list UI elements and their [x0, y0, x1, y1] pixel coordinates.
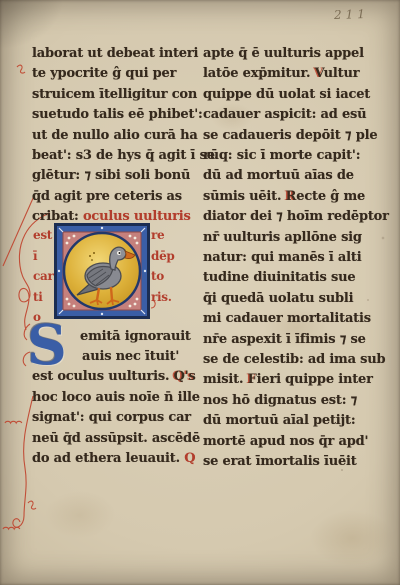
- body-text: se cadaueris depōit ⁊ ple: [203, 128, 377, 143]
- text-line: hoc loco auis noīe n̄ ille: [32, 389, 200, 407]
- text-line: q̄d agit pre ceteris as: [32, 188, 182, 206]
- folio-number: 211: [334, 6, 394, 22]
- text-line: emitā ignorauit: [80, 328, 191, 346]
- text-line: dū mortuū aīal petijt:: [203, 412, 355, 430]
- text-line: signat': qui corpus car: [32, 409, 191, 427]
- body-text: dū ad mortuū aīas de: [203, 168, 354, 183]
- body-text: nos hō dignatus est: ⁊: [203, 393, 357, 408]
- text-line: struicem ītelligitur con: [32, 86, 197, 104]
- text-line: suetudo talis eē phibet':: [32, 106, 203, 124]
- body-text: hoc loco auis noīe n̄ ille: [32, 390, 200, 405]
- body-text: apte q̄ ē uulturis appel: [203, 46, 364, 61]
- manuscript-page: 211 laborat ut debeat interite ypocrite …: [0, 0, 400, 585]
- body-text: q̄i quedā uolatu subli: [203, 291, 353, 306]
- text-line: latōe exp̄mitur. Vultur: [203, 65, 359, 83]
- body-text: signat': qui corpus car: [32, 410, 191, 425]
- body-text: natur: qui manēs ī alti: [203, 250, 361, 265]
- body-text: glētur: ⁊ sibi soli bonū: [32, 168, 190, 183]
- text-line: tudine diuinitatis sue: [203, 269, 355, 287]
- text-line: ut de nullo alio curā ha: [32, 127, 198, 145]
- text-line: sūmis uēit. Recte ĝ me: [203, 188, 365, 206]
- text-line: nr̄e aspexit ī īfimis ⁊ se: [203, 331, 366, 349]
- body-text: R: [286, 189, 297, 204]
- text-line: quippe dū uolat si iacet: [203, 86, 370, 104]
- initial-s: S: [27, 316, 73, 376]
- text-line: natur: qui manēs ī alti: [203, 249, 361, 267]
- text-line: nr̄ uulturis apllōne sig: [203, 229, 362, 247]
- body-text: mortē apud nos q̄r apd': [203, 434, 368, 449]
- rubric-text: Q: [184, 451, 195, 466]
- body-text: neū q̄d assūpsit. ascēdē: [32, 431, 200, 446]
- body-text: suetudo talis eē phibet':: [32, 107, 203, 122]
- text-line: nos hō dignatus est: ⁊: [203, 392, 357, 410]
- body-text: F: [248, 372, 257, 387]
- text-line: auis nec ītuit': [82, 348, 179, 366]
- text-line: glētur: ⁊ sibi soli bonū: [32, 167, 190, 185]
- body-text: ecte ĝ me: [296, 189, 365, 204]
- body-text: ut de nullo alio curā ha: [32, 128, 198, 143]
- rubric-letter: re: [151, 228, 191, 249]
- body-text: nr̄ uulturis apllōne sig: [203, 230, 362, 245]
- text-line: diator dei ⁊ hoīm redēptor: [203, 208, 389, 226]
- text-line: cadauer aspicit: ad esū: [203, 106, 366, 124]
- body-text: nr̄e aspexit ī īfimis ⁊ se: [203, 332, 366, 347]
- body-text: dū mortuū aīal petijt:: [203, 413, 355, 428]
- bird-pupil: [119, 252, 121, 254]
- text-line: beat': s3 de hys q̄ agit ī se: [32, 147, 215, 165]
- text-line: se de celestib: ad ima sub: [203, 351, 385, 369]
- rubric-letter: dēp: [151, 249, 191, 270]
- body-text: V: [315, 66, 324, 81]
- body-text: q̄d agit pre ceteris as: [32, 189, 182, 204]
- body-text: laborat ut debeat interi: [32, 46, 198, 61]
- body-text: Q's: [174, 369, 196, 384]
- vulture-illustration: [54, 223, 150, 319]
- body-text: ieri quippe inter: [257, 372, 373, 387]
- text-line: se cadaueris depōit ⁊ ple: [203, 127, 377, 145]
- body-text: beat': s3 de hys q̄ agit ī se: [32, 148, 215, 163]
- text-line: mortē apud nos q̄r apd': [203, 433, 368, 451]
- rubric-letter: to: [151, 269, 191, 290]
- text-line: rūq: sic ī morte capit':: [203, 147, 360, 165]
- body-text: tudine diuinitatis sue: [203, 270, 355, 285]
- body-text: cribat:: [32, 209, 83, 224]
- body-text: auis nec ītuit': [82, 349, 179, 364]
- rubric-letters-right: redēptoris.: [151, 228, 191, 310]
- body-text: struicem ītelligitur con: [32, 87, 197, 102]
- text-line: dū ad mortuū aīas de: [203, 167, 354, 185]
- text-line: te ypocrite ĝ qui per: [32, 65, 176, 83]
- rubric-text: oculus uulturis: [83, 209, 191, 224]
- body-text: ultur: [324, 66, 360, 81]
- body-text: cadauer aspicit: ad esū: [203, 107, 366, 122]
- text-column-right: apte q̄ ē uulturis appellatōe exp̄mitur.…: [203, 45, 378, 465]
- body-text: rūq: sic ī morte capit':: [203, 148, 360, 163]
- body-text: do ad ethera leuauit.: [32, 451, 184, 466]
- text-line: se erat īmortalis īuēit: [203, 453, 357, 471]
- body-text: latōe exp̄mitur.: [203, 66, 315, 81]
- body-text: sūmis uēit.: [203, 189, 286, 204]
- text-line: laborat ut debeat interi: [32, 45, 198, 63]
- rubric-letter: ris.: [151, 290, 191, 311]
- body-text: quippe dū uolat si iacet: [203, 87, 370, 102]
- text-line: mi cadauer mortalitatis: [203, 310, 371, 328]
- body-text: emitā ignorauit: [80, 329, 191, 344]
- body-text: se erat īmortalis īuēit: [203, 454, 357, 469]
- body-text: misit.: [203, 372, 248, 387]
- body-text: mi cadauer mortalitatis: [203, 311, 371, 326]
- text-line: apte q̄ ē uulturis appel: [203, 45, 364, 63]
- body-text: te ypocrite ĝ qui per: [32, 66, 176, 81]
- body-text: diator dei ⁊ hoīm redēptor: [203, 209, 389, 224]
- vulture-initial-miniature: [54, 223, 150, 319]
- text-line: q̄i quedā uolatu subli: [203, 290, 353, 308]
- text-line: neū q̄d assūpsit. ascēdē: [32, 430, 200, 448]
- body-text: se de celestib: ad ima sub: [203, 352, 385, 367]
- text-line: misit. Fieri quippe inter: [203, 371, 373, 389]
- text-line: do ad ethera leuauit. Q: [32, 450, 195, 468]
